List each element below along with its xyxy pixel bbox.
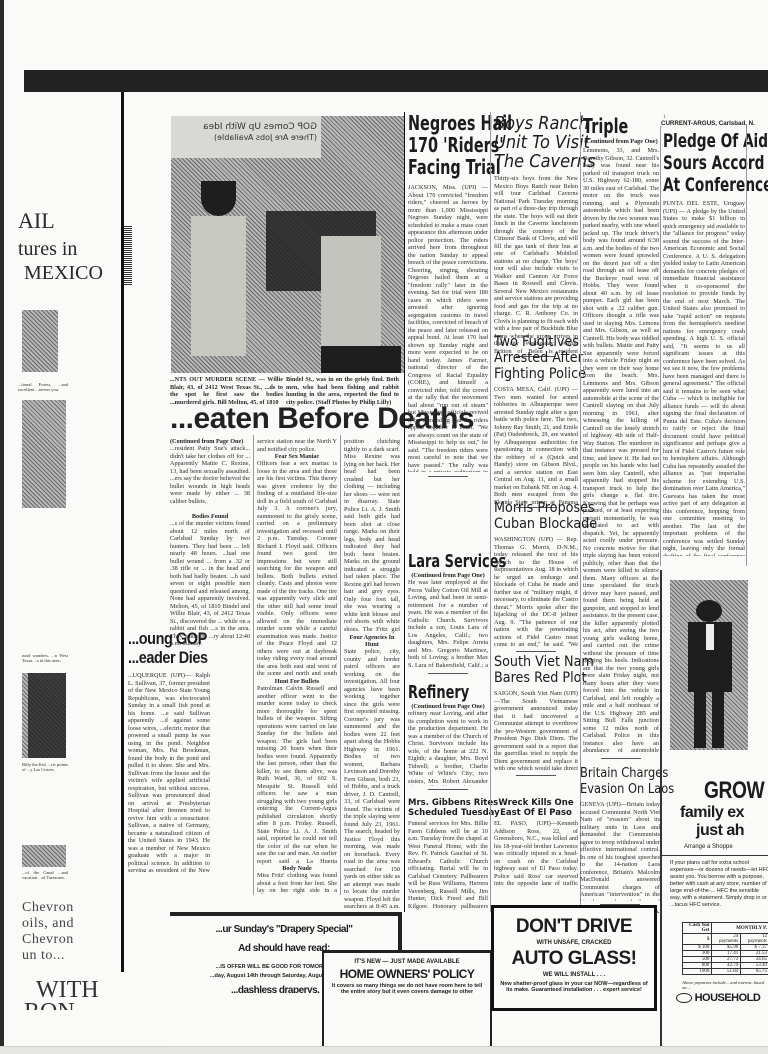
boys-ranch-story: Boys Ranch Unit To Visit The Caverns Thi… — [494, 114, 578, 360]
column-rule — [490, 112, 491, 912]
britain-laos-story: Britain Charges Evasion On Laos GENEVA (… — [580, 766, 660, 916]
refinery-story: Refinery (Continued from Page One) refin… — [408, 683, 488, 793]
column-rule — [253, 435, 254, 895]
table-subheader-24: 24 payments — [712, 934, 741, 945]
left-ad-illustration-4 — [22, 845, 66, 867]
fugitives-headline-2: Arrested After — [494, 350, 568, 366]
morris-headline-1: Morris Proposes — [494, 500, 568, 516]
gibbens-headline-2: Scheduled Tuesday — [408, 808, 488, 818]
gibbens-rites-story: Mrs. Gibbens Rites Scheduled Tuesday Fun… — [408, 798, 488, 910]
pledge-headline-3: At Conference — [663, 174, 722, 196]
fugitives-headline-3: Fighting Police — [494, 366, 568, 382]
refinery-story-body: refinery near Loving, and after its comp… — [408, 710, 488, 786]
figure-leg-left — [694, 690, 706, 748]
left-ad-slogan: Chevron oils, and Chevron un to... — [22, 900, 74, 964]
pledge-headline-1: Pledge Of Aid — [663, 130, 722, 152]
slogan-line-4: un to... — [22, 948, 74, 964]
figure-1-shirt — [191, 216, 246, 356]
inset-headline-1: GOP Comes Up With Idea — [171, 116, 321, 132]
story-divider — [601, 758, 641, 759]
home-owners-policy-ad: IT'S NEW — JUST MADE AVAILABLE HOME OWNE… — [322, 950, 492, 1054]
hfc-line1: GROW — [704, 778, 764, 804]
left-ad-caption-1: ...tional Forest, ...and excellent ...se… — [18, 382, 68, 392]
cell-b: 65.75 — [741, 969, 768, 975]
figure-1-hat — [201, 181, 236, 216]
slogan-line-2: oils, and — [22, 916, 74, 932]
column-rule — [404, 112, 405, 912]
auto-glass-line4: WE WILL INSTALL . . . — [494, 972, 654, 978]
hfc-logo-icon — [676, 993, 692, 1003]
gop-story-body: ...UQUERQUE (UPI)— Ralph L. Sullivan, 37… — [128, 672, 210, 872]
left-ad-line2: tures in — [18, 238, 77, 261]
main-story-col2-text: service station near the North Y and not… — [257, 438, 337, 453]
figure-head — [696, 600, 722, 622]
left-ad-caption-3: Billy the Kid, ...ric points of ...y Las… — [22, 762, 68, 772]
main-story-col2: service station near the North Y and not… — [257, 438, 337, 895]
table-header-monthly: MONTHLY P. — [712, 923, 768, 934]
auto-glass-ad: DON'T DRIVE WITH UNSAFE, CRACKED AUTO GL… — [491, 905, 657, 1011]
loan-payment-table: Cash You Get MONTHLY P. $ 24 payments 12… — [682, 922, 768, 975]
main-story-col2d-text: Miss Fritz' clothing was found about a f… — [257, 872, 337, 895]
subhead-body-nude: Body Nude — [257, 865, 337, 872]
main-story-col2c-text: Patrolman Calvin Russell and another off… — [257, 685, 337, 865]
homeowners-ad-line3: It covers so many things we do not have … — [328, 983, 486, 995]
photo-inset-clipping: GOP Comes Up With Idea (There Are Jobs A… — [171, 116, 321, 158]
table-row: 100051.8465.75 — [683, 969, 768, 975]
negroes-hail-story: Negroes Hail 170 'Riders' Facing Trial J… — [408, 112, 488, 481]
scan-artifact — [124, 225, 132, 285]
scan-bottom-edge — [0, 1046, 768, 1054]
gop-headline-1: ...oung GOP — [128, 630, 198, 648]
left-ad-caption-2: tural wonders, ...n West Texas ...s in t… — [22, 653, 68, 663]
table-note: Above payments include... and interest, … — [682, 980, 768, 990]
negroes-headline-1: Negroes Hail — [408, 112, 466, 134]
story-divider — [428, 673, 468, 674]
fugitives-story-body: COSTA MESA, Calif. (UPI) — Two men wante… — [494, 386, 578, 504]
left-ad-caption-4: ...of the Canal ...and vacation ...of Ta… — [22, 870, 68, 880]
main-story-col1-text: ...resident Patty Sue's attack... didn't… — [170, 445, 250, 513]
auto-glass-line3: AUTO GLASS! — [494, 948, 654, 970]
left-ad-line1: AIL — [18, 210, 55, 232]
homeowners-ad-line1: IT'S NEW — JUST MADE AVAILABLE — [324, 959, 490, 965]
table-header-cash: Cash You Get — [683, 923, 712, 934]
story-divider — [516, 651, 556, 652]
man-in-tuxedo-photo — [670, 580, 748, 750]
hfc-line3: just ah — [696, 822, 744, 840]
left-ad-with: WITH — [36, 978, 99, 1002]
morris-story-body: WASHINGTON (UPI) — Rep. Thomas G. Morris… — [494, 536, 578, 648]
wreck-headline-1: Wreck Kills One — [494, 798, 578, 808]
morris-headline-2: Cuban Blockade — [494, 516, 568, 532]
gibbens-headline-1: Mrs. Gibbens Rites — [408, 798, 488, 808]
britain-headline-1: Britain Charges — [580, 766, 650, 782]
lara-headline: Lara Services — [408, 552, 466, 572]
scan-top-border — [24, 70, 768, 92]
auto-glass-line5: New shatter-proof glass in your car NOW—… — [498, 981, 650, 993]
shirt-front — [706, 624, 714, 650]
main-story-col3: position clutching tightly to a dark sca… — [344, 438, 400, 910]
main-story-col3b-text: State police, city, county and border pa… — [344, 648, 400, 910]
boys-ranch-headline-2: Unit To Visit — [494, 133, 570, 152]
triple-story-body: Lemmons, 33, and Mrs. Dorothy Gibson, 32… — [583, 147, 659, 755]
main-story-col2b-text: Officers fear a sex maniac is loose in t… — [257, 460, 337, 678]
inset-headline-2: (There Are Jobs Available) — [171, 132, 321, 143]
main-story-col3-text: position clutching tightly to a dark sca… — [344, 438, 400, 634]
boys-ranch-story-body: Thirty-six boys from the New Mexico Boys… — [494, 175, 578, 353]
scan-edge — [0, 0, 4, 1054]
figure-leg-right — [712, 690, 724, 748]
morris-blockade-story: Morris Proposes Cuban Blockade WASHINGTO… — [494, 500, 578, 655]
story-divider — [516, 775, 556, 776]
negroes-headline-2: 170 'Riders' — [408, 134, 466, 156]
auto-glass-line1: DON'T DRIVE — [494, 916, 654, 938]
masthead: CURRENT-ARGUS, Carlsbad, N. — [661, 120, 755, 127]
murder-scene-photo: GOP Comes Up With Idea (There Are Jobs A… — [171, 116, 404, 373]
cell-a: 51.84 — [712, 969, 741, 975]
viet-story-body: SAIGON, South Viet Nam (UPI) —The South … — [494, 690, 578, 772]
left-ad-illustration-3 — [22, 673, 66, 758]
column-rule — [340, 435, 341, 895]
left-ad-strip: AIL tures in MEXICO ...tional Forest, ..… — [10, 100, 120, 1050]
table-subheader-blank: $ — [683, 934, 712, 945]
negroes-story-body: JACKSON, Miss. (UPI) —About 170 convicte… — [408, 184, 488, 472]
homeowners-ad-line2: HOME OWNERS' POLICY — [324, 967, 490, 981]
continued-label: (Continued from Page One) — [408, 703, 488, 710]
britain-headline-2: Evasion On Laos — [580, 782, 650, 798]
wreck-kills-one-story: Wreck Kills One East Of El Paso EL PASO,… — [494, 798, 578, 888]
viet-headline-2: Bares Red Plot — [494, 670, 568, 686]
hfc-household-finance-ad: GROW family ex just ah Arrange a Shoppe … — [660, 570, 768, 1050]
drapery-ad-line1: ...ur Sunday's "Drapery Special" — [170, 924, 398, 935]
subhead-hunt-for-bullets: Hunt For Bullets — [257, 678, 337, 685]
subhead-four-agencies: Four Agencies In Hunt — [344, 634, 400, 648]
left-ad-illustration-1 — [22, 310, 58, 372]
left-ad-cut-word: RON — [24, 1000, 75, 1010]
pledge-of-aid-story: Pledge Of Aid Sours Accord At Conference… — [663, 130, 745, 556]
wreck-headline-2: East Of El Paso — [494, 808, 578, 818]
left-ad-line3: MEXICO — [24, 262, 103, 285]
gop-headline-2: ...eader Dies — [128, 648, 198, 668]
pledge-story-body: PUNTA DEL ESTE, Uruguay (UPI) — A pledge… — [663, 200, 745, 556]
column-rule — [746, 126, 747, 566]
fugitives-headline-1: Two Fugitives — [494, 334, 568, 350]
slogan-line-1: Chevron — [22, 900, 74, 916]
story-divider — [428, 476, 468, 477]
boys-ranch-headline-3: The Caverns — [494, 152, 570, 171]
hfc-line4: Arrange a Shoppe — [684, 844, 733, 850]
south-viet-nam-story: South Viet Nam Bares Red Plot SAIGON, So… — [494, 654, 578, 779]
lara-story-body: He was later employed at the Pecos Valle… — [408, 579, 488, 669]
pledge-headline-2: Sours Accord — [663, 152, 722, 174]
two-fugitives-story: Two Fugitives Arrested After Fighting Po… — [494, 334, 578, 511]
scanned-newspaper-page: AIL tures in MEXICO ...tional Forest, ..… — [0, 0, 768, 1054]
viet-headline-1: South Viet Nam — [494, 654, 568, 670]
wreck-story-body: EL PASO, (UPI)—Kenneth Addison Ross, 22,… — [494, 820, 578, 888]
continued-label: (Continued from Page One) — [170, 438, 250, 445]
page-fold-rule — [121, 92, 124, 972]
auto-glass-line2: WITH UNSAFE, CRACKED — [494, 940, 654, 946]
household-brand: HOUSEHOLD — [676, 992, 760, 1004]
story-divider — [428, 789, 468, 790]
table-subheader-12: 12 payments — [741, 934, 768, 945]
hfc-brand-text: HOUSEHOLD — [695, 992, 761, 1004]
lara-services-story: Lara Services (Continued from Page One) … — [408, 552, 488, 678]
continued-label: (Continued from Page One) — [408, 572, 488, 579]
continued-label: (Continued from Page One) — [583, 138, 659, 145]
subhead-fear-sex-maniac: Fear Sex Maniac — [257, 453, 337, 460]
slogan-line-3: Chevron — [22, 932, 74, 948]
young-gop-story: ...oung GOP ...eader Dies ...UQUERQUE (U… — [128, 630, 210, 872]
britain-story-body: GENEVA (UPI)—Britain today accused Commu… — [580, 801, 660, 901]
ad-divider — [662, 855, 768, 856]
negroes-headline-3: Facing Trial — [408, 156, 466, 178]
hfc-body: If your plans call for extra school expe… — [670, 860, 768, 916]
left-ad-illustration-2 — [22, 400, 66, 508]
subhead-bodies-found: Bodies Found — [170, 513, 250, 520]
triple-headline: Triple — [583, 114, 638, 138]
figure-2-pants — [321, 346, 401, 373]
triple-slaying-story: Triple (Continued from Page One) Lemmons… — [583, 114, 659, 762]
boys-ranch-headline-1: Boys Ranch — [494, 114, 570, 133]
gibbens-story-body: Funeral services for Mrs. Billie Faren G… — [408, 820, 488, 910]
column-rule — [660, 126, 661, 566]
refinery-headline: Refinery — [408, 683, 466, 703]
cell-cash: 1000 — [683, 969, 712, 975]
hfc-line2: family ex — [680, 804, 744, 822]
